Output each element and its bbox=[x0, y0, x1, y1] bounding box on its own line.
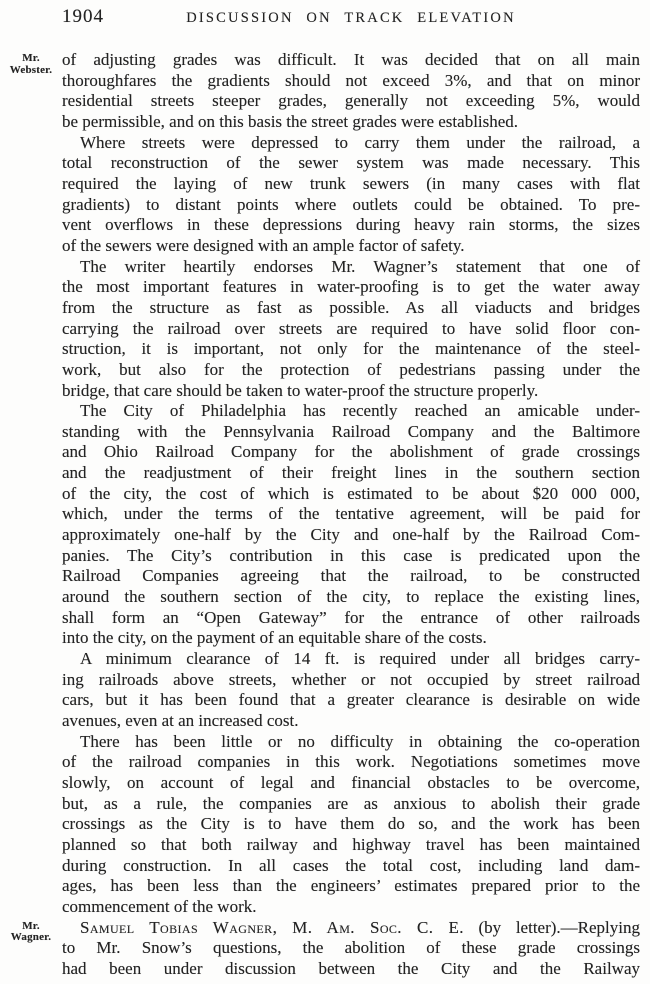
text-line: which, under the terms of the tentative … bbox=[62, 504, 640, 525]
text-line: of the sewers were designed with an ampl… bbox=[62, 236, 640, 257]
page-number: 1904 bbox=[62, 6, 104, 28]
text-line: commencement of the work. bbox=[62, 897, 640, 918]
paragraph: The City of Philadelphia has recently re… bbox=[62, 401, 640, 649]
text-line: planned so that both railway and highway… bbox=[62, 835, 640, 856]
margin-note-line: Wagner. bbox=[3, 932, 59, 944]
text-line: work, but also for the protection of ped… bbox=[62, 360, 640, 381]
text-line: A minimum clearance of 14 ft. is require… bbox=[62, 649, 640, 670]
text-line: but, as a rule, the companies are as anx… bbox=[62, 794, 640, 815]
text-line: carrying the railroad over streets are r… bbox=[62, 319, 640, 340]
text-line: to Mr. Snow’s questions, the abolition o… bbox=[62, 938, 640, 959]
margin-note-webster: Mr.Webster. bbox=[3, 53, 59, 76]
text-line: vent overflows in these depressions duri… bbox=[62, 215, 640, 236]
text-line: and Ohio Railroad Company for the abolis… bbox=[62, 442, 640, 463]
text-line: Samuel Tobias Wagner, M. Am. Soc. C. E. … bbox=[62, 918, 640, 939]
text-line: be permissible, and on this basis the st… bbox=[62, 112, 640, 133]
text-line: slowly, on account of legal and financia… bbox=[62, 773, 640, 794]
text-line: ing railroads above streets, whether or … bbox=[62, 670, 640, 691]
paragraph: There has been little or no difficulty i… bbox=[62, 732, 640, 918]
text-line: required the laying of new trunk sewers … bbox=[62, 174, 640, 195]
text-line: thoroughfares the gradients should not e… bbox=[62, 71, 640, 92]
text-line: had been under discussion between the Ci… bbox=[62, 959, 640, 980]
text-line: crossings as the City is to have them do… bbox=[62, 814, 640, 835]
page-header: 1904 DISCUSSION ON TRACK ELEVATION bbox=[62, 6, 640, 30]
text-line: The writer heartily endorses Mr. Wagner’… bbox=[62, 257, 640, 278]
text-line: struction, it is important, not only for… bbox=[62, 339, 640, 360]
text-line: from the structure as fast as possible. … bbox=[62, 298, 640, 319]
text-line: bridge, that care should be taken to wat… bbox=[62, 381, 640, 402]
text-line: Where streets were depressed to carry th… bbox=[62, 133, 640, 154]
text-line: There has been little or no difficulty i… bbox=[62, 732, 640, 753]
text-line: during construction. In all cases the to… bbox=[62, 856, 640, 877]
paragraph: Mr.Webster.of adjusting grades was diffi… bbox=[62, 50, 640, 133]
text-line: and the readjustment of their freight li… bbox=[62, 463, 640, 484]
document-page: 1904 DISCUSSION ON TRACK ELEVATION Mr.We… bbox=[0, 0, 650, 984]
text-line: ages, has been less than the engineers’ … bbox=[62, 876, 640, 897]
text-line: gradients) to distant points where outle… bbox=[62, 195, 640, 216]
text-line: panies. The City’s contribution in this … bbox=[62, 546, 640, 567]
paragraph: The writer heartily endorses Mr. Wagner’… bbox=[62, 257, 640, 402]
margin-note-line: Webster. bbox=[3, 65, 59, 77]
text-line: shall form an “Open Gateway” for the ent… bbox=[62, 608, 640, 629]
text-line: of the railroad companies in this work. … bbox=[62, 752, 640, 773]
margin-note-wagner: Mr.Wagner. bbox=[3, 921, 59, 944]
text-line: of adjusting grades was difficult. It wa… bbox=[62, 50, 640, 71]
text-line: Railroad Companies agreeing that the rai… bbox=[62, 566, 640, 587]
text-line: The City of Philadelphia has recently re… bbox=[62, 401, 640, 422]
paragraph: Mr.Wagner.Samuel Tobias Wagner, M. Am. S… bbox=[62, 918, 640, 980]
paragraph: A minimum clearance of 14 ft. is require… bbox=[62, 649, 640, 732]
text-line: around the southern section of the city,… bbox=[62, 587, 640, 608]
text-line: total reconstruction of the sewer system… bbox=[62, 153, 640, 174]
text-segment: (by letter).—Replying bbox=[464, 918, 640, 937]
text-line: avenues, even at an increased cost. bbox=[62, 711, 640, 732]
text-line: residential streets steeper grades, gene… bbox=[62, 91, 640, 112]
text-line: cars, but it has been found that a great… bbox=[62, 690, 640, 711]
text-line: approximately one-half by the City and o… bbox=[62, 525, 640, 546]
text-block: Mr.Webster.of adjusting grades was diffi… bbox=[62, 50, 640, 980]
text-line: the most important features in water-pro… bbox=[62, 277, 640, 298]
running-head: DISCUSSION ON TRACK ELEVATION bbox=[62, 6, 640, 27]
text-line: standing with the Pennsylvania Railroad … bbox=[62, 422, 640, 443]
text-line: into the city, on the payment of an equi… bbox=[62, 628, 640, 649]
paragraph: Where streets were depressed to carry th… bbox=[62, 133, 640, 257]
margin-note-line: Mr. bbox=[3, 53, 59, 65]
speaker-name-smallcaps: Samuel Tobias Wagner, M. Am. Soc. C. E. bbox=[80, 918, 464, 937]
text-line: of the city, the cost of which is estima… bbox=[62, 484, 640, 505]
